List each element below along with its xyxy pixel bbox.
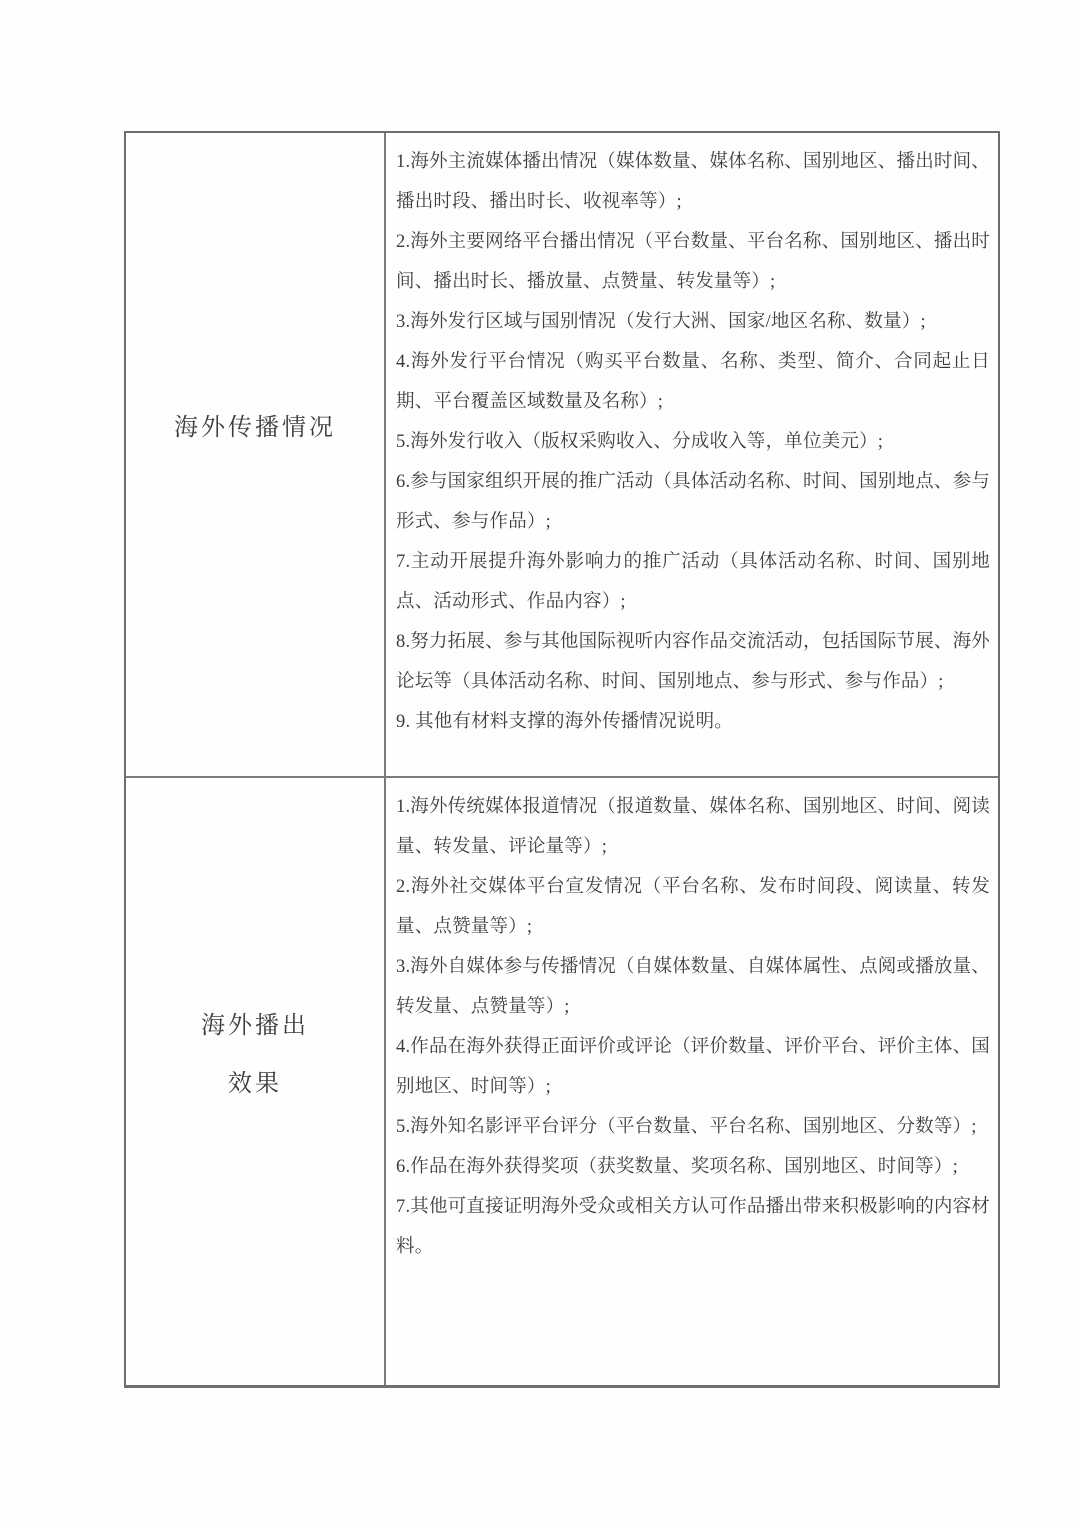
list-item: 3.海外自媒体参与传播情况（自媒体数量、自媒体属性、点阅或播放量、转发量、点赞量… bbox=[396, 947, 990, 1027]
row-content-overseas-broadcast-effect: 1.海外传统媒体报道情况（报道数量、媒体名称、国别地区、时间、阅读量、转发量、评… bbox=[386, 778, 998, 1385]
document-page: 海外传播情况 1.海外主流媒体播出情况（媒体数量、媒体名称、国别地区、播出时间、… bbox=[0, 0, 1080, 1527]
list-item: 2.海外主要网络平台播出情况（平台数量、平台名称、国别地区、播出时间、播出时长、… bbox=[396, 222, 990, 302]
list-item: 1.海外传统媒体报道情况（报道数量、媒体名称、国别地区、时间、阅读量、转发量、评… bbox=[396, 787, 990, 867]
list-item: 2.海外社交媒体平台宣发情况（平台名称、发布时间段、阅读量、转发量、点赞量等）; bbox=[396, 867, 990, 947]
requirements-table: 海外传播情况 1.海外主流媒体播出情况（媒体数量、媒体名称、国别地区、播出时间、… bbox=[124, 131, 1000, 1388]
list-item: 7.主动开展提升海外影响力的推广活动（具体活动名称、时间、国别地点、活动形式、作… bbox=[396, 542, 990, 622]
row-header-label: 效果 bbox=[228, 1055, 282, 1113]
row-header-label: 海外播出 bbox=[201, 997, 309, 1055]
list-item: 4.作品在海外获得正面评价或评论（评价数量、评价平台、评价主体、国别地区、时间等… bbox=[396, 1027, 990, 1107]
list-item: 5.海外知名影评平台评分（平台数量、平台名称、国别地区、分数等）; bbox=[396, 1107, 990, 1147]
list-item: 3.海外发行区域与国别情况（发行大洲、国家/地区名称、数量）; bbox=[396, 302, 990, 342]
row-header-overseas-broadcast-effect: 海外播出效果 bbox=[126, 778, 386, 1385]
list-item: 6.作品在海外获得奖项（获奖数量、奖项名称、国别地区、时间等）; bbox=[396, 1147, 990, 1187]
row-header-label: 海外传播情况 bbox=[174, 399, 336, 457]
list-item: 9. 其他有材料支撑的海外传播情况说明。 bbox=[396, 702, 990, 742]
list-item: 4.海外发行平台情况（购买平台数量、名称、类型、简介、合同起止日期、平台覆盖区域… bbox=[396, 342, 990, 422]
list-item: 7.其他可直接证明海外受众或相关方认可作品播出带来积极影响的内容材料。 bbox=[396, 1187, 990, 1267]
list-item: 6.参与国家组织开展的推广活动（具体活动名称、时间、国别地点、参与形式、参与作品… bbox=[396, 462, 990, 542]
row-content-overseas-distribution: 1.海外主流媒体播出情况（媒体数量、媒体名称、国别地区、播出时间、播出时段、播出… bbox=[386, 133, 998, 778]
row-header-overseas-distribution: 海外传播情况 bbox=[126, 133, 386, 778]
list-item: 5.海外发行收入（版权采购收入、分成收入等，单位美元）; bbox=[396, 422, 990, 462]
list-item: 8.努力拓展、参与其他国际视听内容作品交流活动，包括国际节展、海外论坛等（具体活… bbox=[396, 622, 990, 702]
list-item: 1.海外主流媒体播出情况（媒体数量、媒体名称、国别地区、播出时间、播出时段、播出… bbox=[396, 142, 990, 222]
